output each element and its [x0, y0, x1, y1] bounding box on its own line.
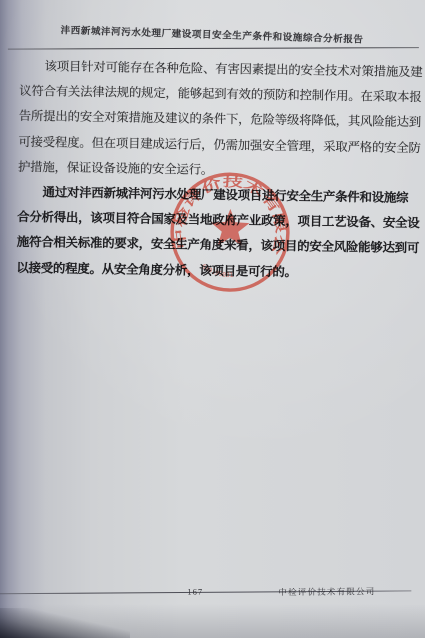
svg-text:610199031: 610199031 — [200, 263, 234, 279]
seal-serial-number: 610199031 — [200, 263, 234, 279]
page-number: 167 — [187, 587, 203, 597]
seal-ring-text: 中检评价技术有限公司 — [163, 165, 289, 257]
footer-company-name: 中检评价技术有限公司 — [278, 585, 375, 598]
svg-text:中检评价技术有限公司: 中检评价技术有限公司 — [163, 165, 289, 257]
company-seal-stamp: 中检评价技术有限公司 610199031 — [163, 165, 297, 299]
report-header-title: 沣西新城沣河污水处理厂建设项目安全生产条件和设施综合分析报告 — [52, 22, 372, 46]
page-content: 沣西新城沣河污水处理厂建设项目安全生产条件和设施综合分析报告 该项目针对可能存在… — [0, 0, 425, 638]
scanned-report-page: 沣西新城沣河污水处理厂建设项目安全生产条件和设施综合分析报告 该项目针对可能存在… — [0, 0, 425, 638]
seal-star-icon — [211, 209, 250, 246]
header-rule — [8, 47, 419, 50]
